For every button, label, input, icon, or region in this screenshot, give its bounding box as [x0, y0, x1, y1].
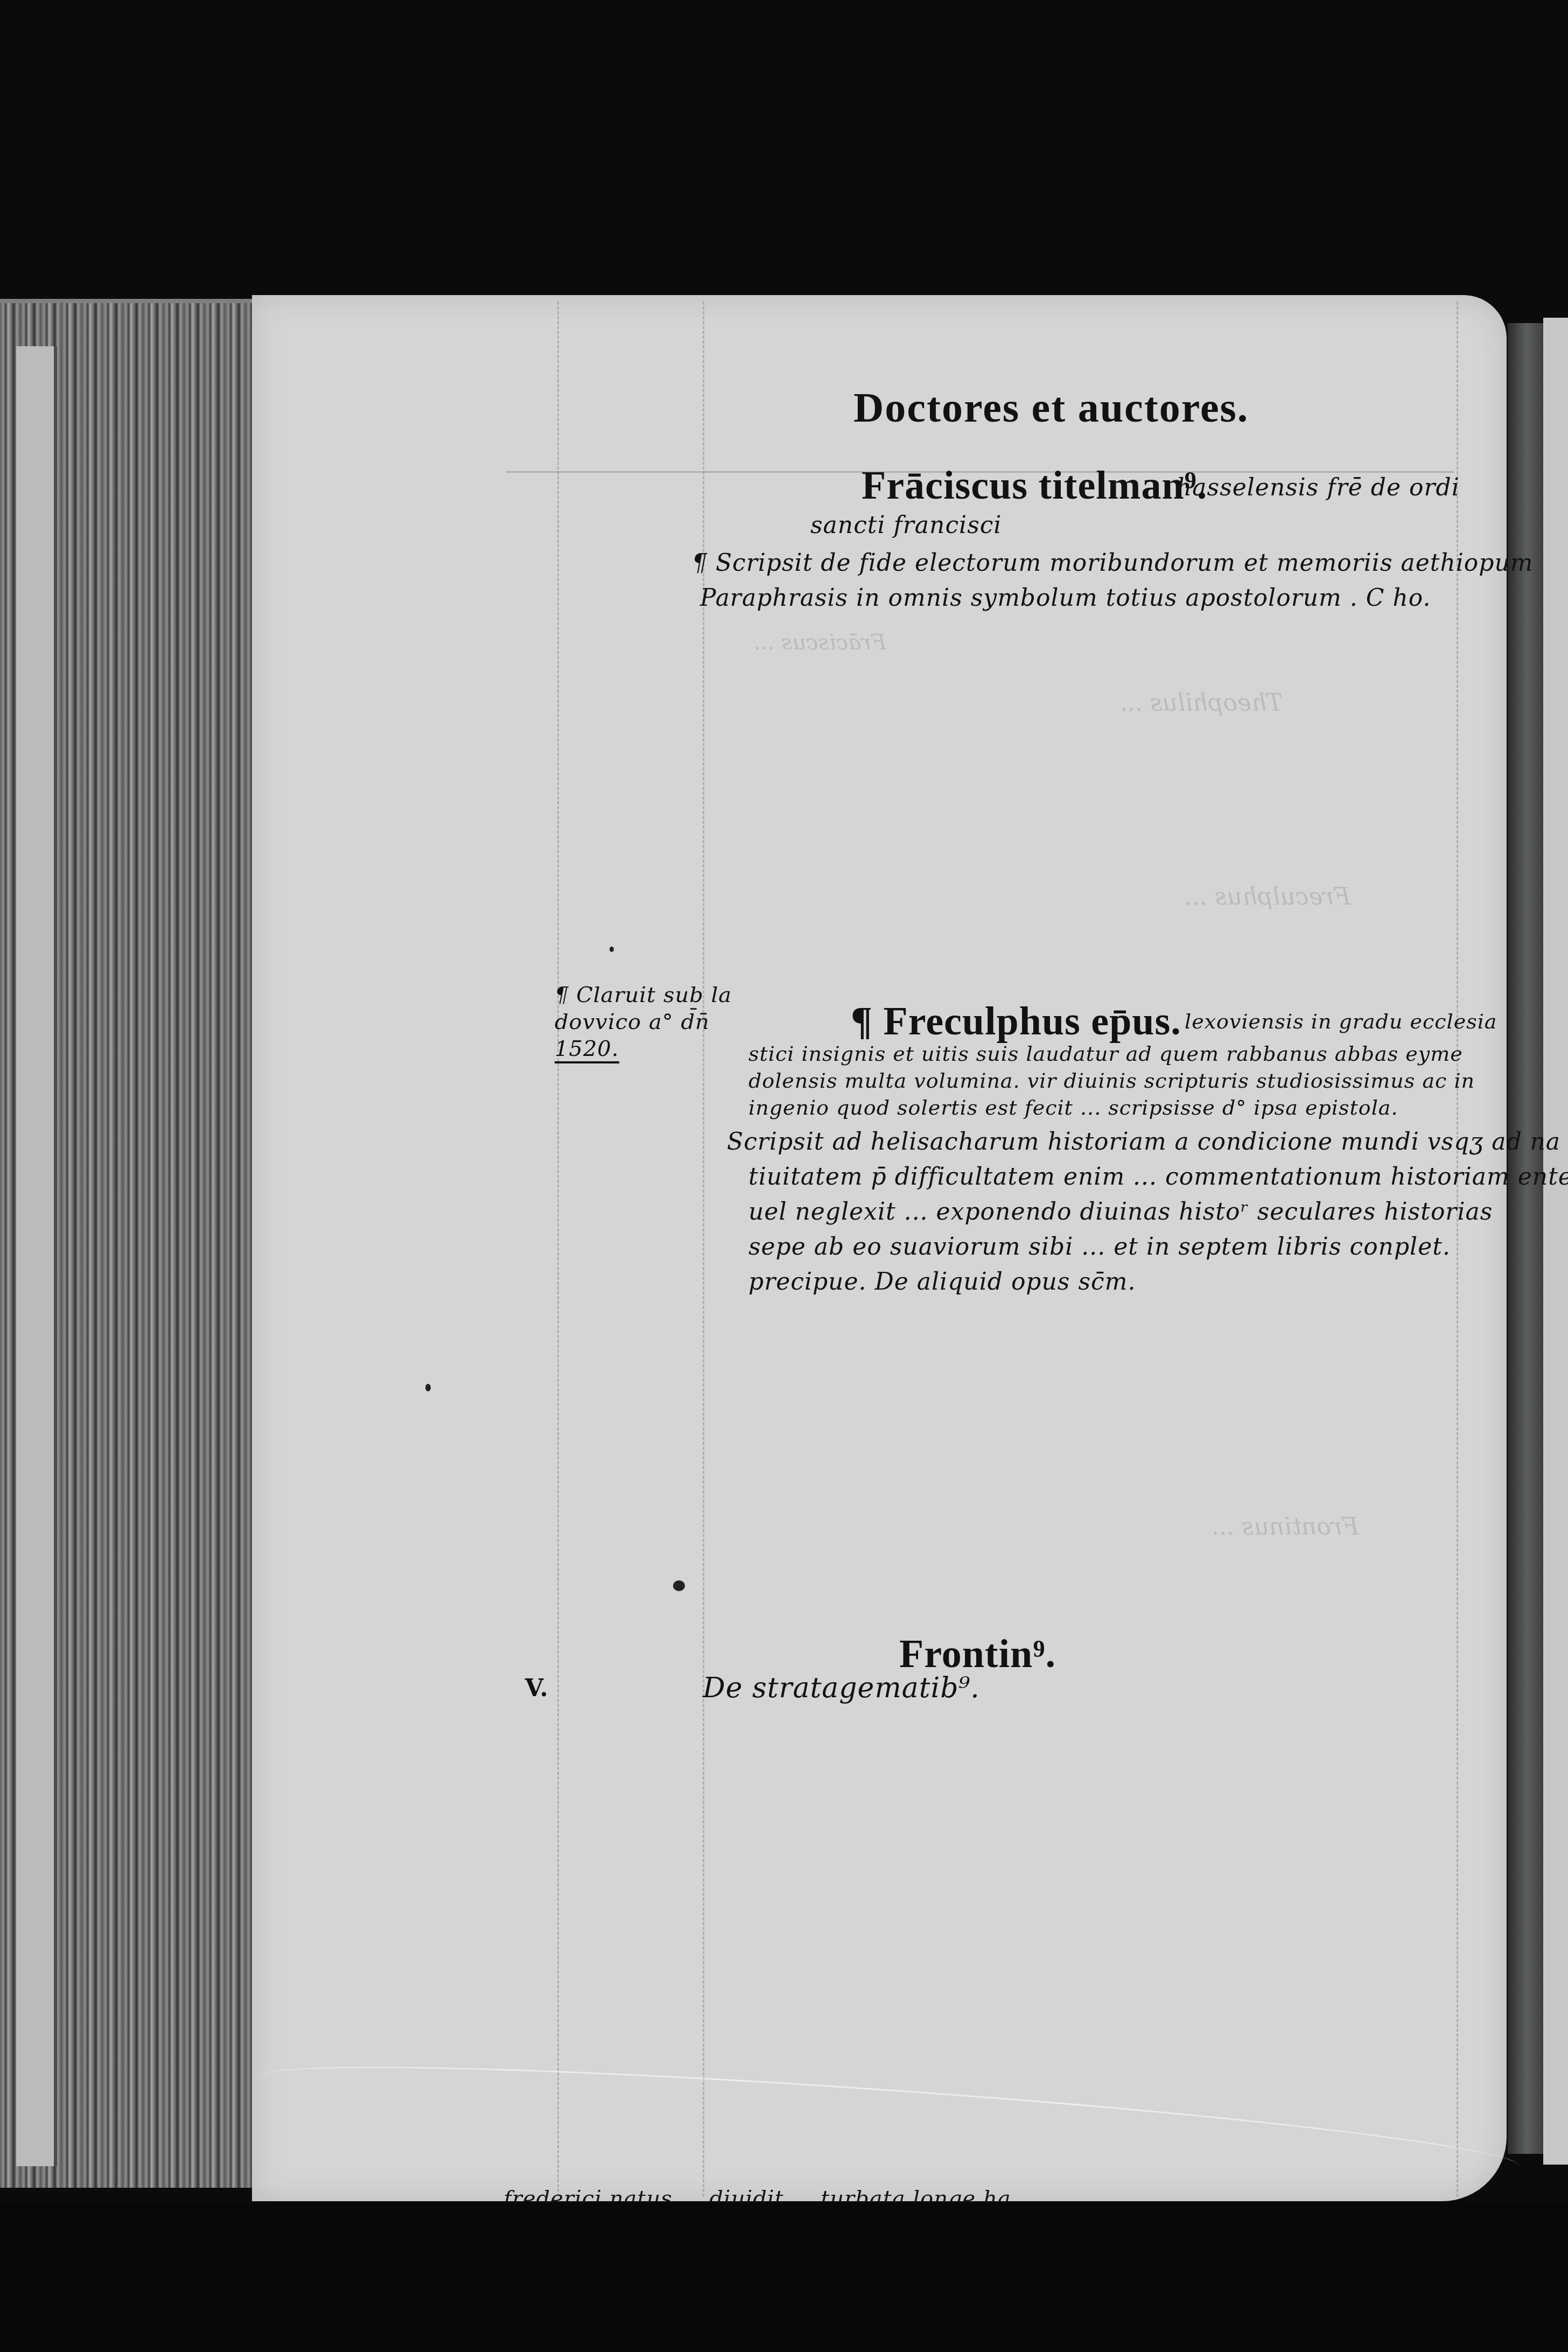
page-title: Doctores et auctores.	[853, 383, 1249, 432]
bleed-through-line: Frontinus ...	[1212, 1513, 1359, 1541]
book-fore-edge-inner	[16, 346, 57, 2166]
entry-line: uel neglexit ... exponendo diuinas histo…	[748, 1198, 1493, 1226]
entry-line: Paraphrasis in omnis symbolum totius apo…	[700, 584, 1431, 612]
ink-speck	[673, 1580, 685, 1591]
margin-note-line: ¶ Claruit sub la	[555, 983, 732, 1007]
next-page-shadow	[1508, 323, 1545, 2154]
book-fore-edge	[0, 299, 256, 2188]
entry-line: ¶ Scripsit de fide electorum moribundoru…	[692, 549, 1534, 577]
entry-line: precipue. De aliquid opus sc̄m.	[748, 1268, 1136, 1296]
entry-name-frontinus: Frontin⁹.	[899, 1632, 1056, 1677]
entry-line: stici insignis et uitis suis laudatur ad…	[748, 1042, 1463, 1066]
bleed-through-line: Freculphus ...	[1185, 883, 1350, 911]
entry-name-continuation: lexoviensis in gradu ecclesia	[1185, 1010, 1497, 1033]
margin-note-line: dovvico a° d̄n̄	[555, 1010, 710, 1034]
bottom-shadow	[0, 2202, 1568, 2352]
entry-line: sepe ab eo suaviorum sibi ... et in sept…	[748, 1233, 1451, 1261]
bleed-through-line: Theophilus ...	[1120, 689, 1283, 717]
margin-note-year: 1520.	[555, 1037, 619, 1063]
entry-name-titelman: Frāciscus titelman⁹.	[862, 463, 1207, 509]
ruling-right-margin	[1457, 302, 1458, 2197]
entry-line: Scripsit ad helisacharum historiam a con…	[727, 1128, 1560, 1156]
entry-name-continuation: hasselensis frē de ordi	[1177, 474, 1460, 501]
entry-name-freculphus: ¶ Freculphus ep̄us.	[851, 999, 1181, 1045]
entry-line: dolensis multa volumina. vir diuinis scr…	[748, 1069, 1475, 1093]
entry-line: ingenio quod solertis est fecit ... scri…	[748, 1096, 1398, 1119]
bleed-through-line: Frāciscus ...	[754, 630, 886, 655]
ruling-left-margin	[557, 302, 559, 2197]
margin-label: V.	[525, 1675, 549, 1702]
next-page-edge	[1543, 318, 1568, 2165]
entry-line: tiuitatem p̄ difficultatem enim ... comm…	[748, 1163, 1568, 1191]
ink-speck	[425, 1384, 431, 1391]
entry-line: De stratagematib⁹.	[703, 1672, 980, 1704]
entry-line: sancti francisci	[810, 512, 1002, 539]
ink-speck	[610, 947, 614, 952]
